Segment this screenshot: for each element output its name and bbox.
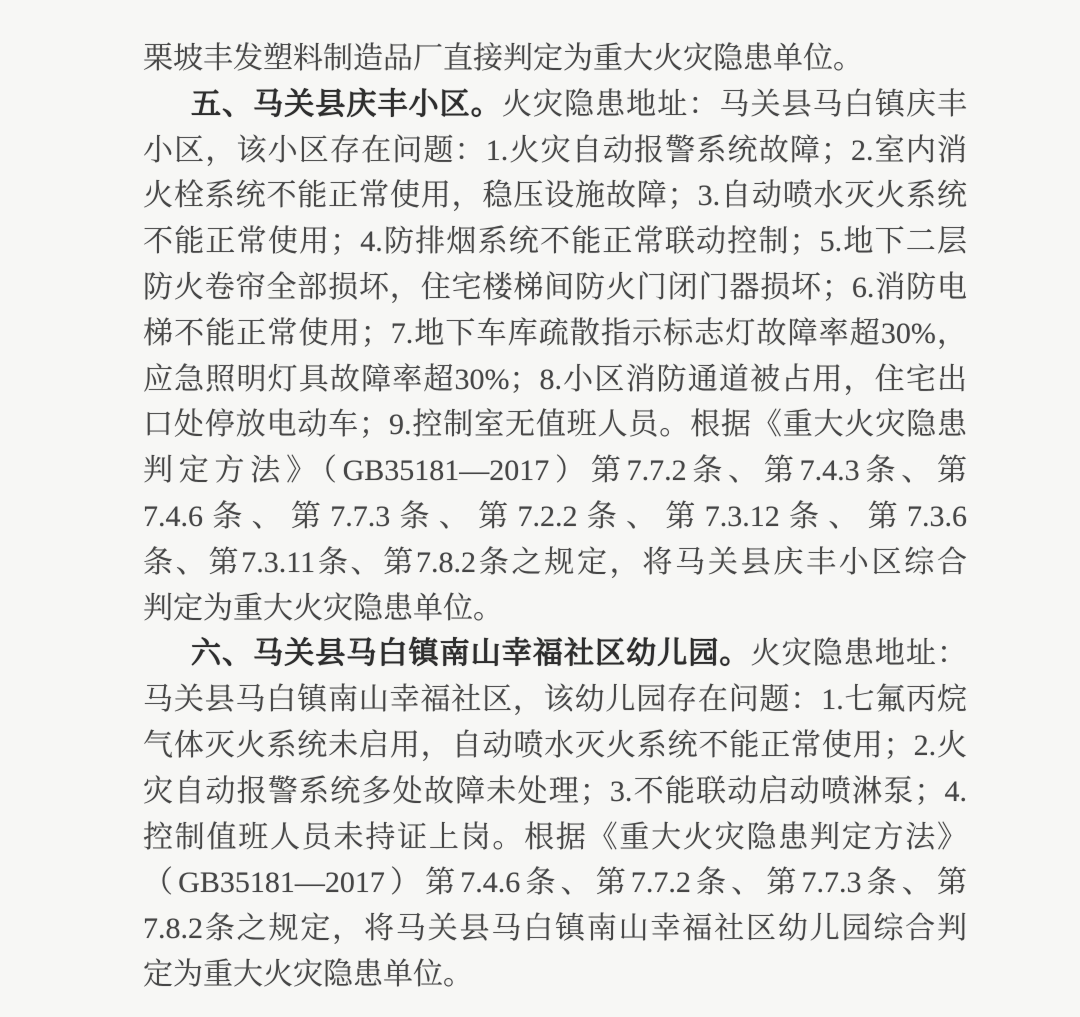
line-text-segment: 灾自动报警系统多处故障未处理；3.不能联动启动喷淋泵；4. — [143, 775, 967, 808]
text-line: 判定方法》（GB35181—2017）第7.7.2条、第7.4.3条、第 — [143, 448, 967, 494]
text-line: 7.4.6条、第7.7.3条、第7.2.2条、第7.3.12条、第7.3.6 — [143, 494, 967, 540]
text-line: 防火卷帘全部损坏，住宅楼梯间防火门闭门器损坏；6.消防电 — [143, 265, 967, 311]
line-text-segment: （GB35181—2017）第7.4.6条、第7.7.2条、第7.7.3条、第 — [143, 866, 967, 899]
text-line: 判定为重大火灾隐患单位。 — [143, 586, 967, 632]
text-line: 不能正常使用；4.防排烟系统不能正常联动控制；5.地下二层 — [143, 219, 967, 265]
scanned-document-page: { "doc": { "colors": { "background": "#f… — [0, 0, 1080, 1017]
line-text-segment: 火灾隐患地址： — [751, 637, 968, 670]
line-text-segment: 口处停放电动车；9.控制室无值班人员。根据《重大火灾隐患 — [143, 408, 967, 441]
line-text-segment: 不能正常使用；4.防排烟系统不能正常联动控制；5.地下二层 — [143, 225, 967, 258]
text-line: 定为重大火灾隐患单位。 — [143, 952, 967, 998]
line-text-segment: 栗坡丰发塑料制造品厂直接判定为重大火灾隐患单位。 — [143, 42, 863, 75]
text-line: （GB35181—2017）第7.4.6条、第7.7.2条、第7.7.3条、第 — [143, 860, 967, 906]
line-text-segment: 条、第7.3.11条、第7.8.2条之规定，将马关县庆丰小区综合 — [143, 546, 967, 579]
line-text-segment: 梯不能正常使用；7.地下车库疏散指示标志灯故障率超30%， — [143, 317, 967, 350]
section-heading-segment: 五、马关县庆丰小区。 — [191, 88, 502, 121]
text-line: 六、马关县马白镇南山幸福社区幼儿园。火灾隐患地址： — [143, 631, 967, 677]
line-text-segment: 气体灭火系统未启用，自动喷水灭火系统不能正常使用；2.火 — [143, 729, 967, 762]
section-heading-segment: 六、马关县马白镇南山幸福社区幼儿园。 — [191, 637, 751, 670]
text-line: 条、第7.3.11条、第7.8.2条之规定，将马关县庆丰小区综合 — [143, 540, 967, 586]
text-line: 小区，该小区存在问题：1.火灾自动报警系统故障；2.室内消 — [143, 128, 967, 174]
line-text-segment: 控制值班人员未持证上岗。根据《重大火灾隐患判定方法》 — [143, 821, 967, 854]
text-line: 灾自动报警系统多处故障未处理；3.不能联动启动喷淋泵；4. — [143, 769, 967, 815]
line-text-segment: 7.8.2条之规定，将马关县马白镇南山幸福社区幼儿园综合判 — [143, 912, 967, 945]
text-line: 应急照明灯具故障率超30%；8.小区消防通道被占用，住宅出 — [143, 357, 967, 403]
text-line: 梯不能正常使用；7.地下车库疏散指示标志灯故障率超30%， — [143, 311, 967, 357]
document-body: 栗坡丰发塑料制造品厂直接判定为重大火灾隐患单位。五、马关县庆丰小区。火灾隐患地址… — [143, 36, 967, 998]
line-text-segment: 7.4.6条、第7.7.3条、第7.2.2条、第7.3.12条、第7.3.6 — [143, 500, 967, 533]
line-text-segment: 判定为重大火灾隐患单位。 — [143, 592, 503, 625]
line-text-segment: 小区，该小区存在问题：1.火灾自动报警系统故障；2.室内消 — [143, 134, 967, 167]
text-line: 口处停放电动车；9.控制室无值班人员。根据《重大火灾隐患 — [143, 402, 967, 448]
text-line: 栗坡丰发塑料制造品厂直接判定为重大火灾隐患单位。 — [143, 36, 967, 82]
line-text-segment: 应急照明灯具故障率超30%；8.小区消防通道被占用，住宅出 — [143, 363, 967, 396]
line-text-segment: 马关县马白镇南山幸福社区，该幼儿园存在问题：1.七氟丙烷 — [143, 683, 967, 716]
text-line: 马关县马白镇南山幸福社区，该幼儿园存在问题：1.七氟丙烷 — [143, 677, 967, 723]
line-text-segment: 火灾隐患地址：马关县马白镇庆丰 — [502, 88, 967, 121]
text-line: 五、马关县庆丰小区。火灾隐患地址：马关县马白镇庆丰 — [143, 82, 967, 128]
line-text-segment: 防火卷帘全部损坏，住宅楼梯间防火门闭门器损坏；6.消防电 — [143, 271, 967, 304]
text-line: 7.8.2条之规定，将马关县马白镇南山幸福社区幼儿园综合判 — [143, 906, 967, 952]
text-line: 气体灭火系统未启用，自动喷水灭火系统不能正常使用；2.火 — [143, 723, 967, 769]
text-line: 火栓系统不能正常使用，稳压设施故障；3.自动喷水灭火系统 — [143, 173, 967, 219]
line-text-segment: 定为重大火灾隐患单位。 — [143, 958, 473, 991]
line-text-segment: 判定方法》（GB35181—2017）第7.7.2条、第7.4.3条、第 — [143, 454, 967, 487]
line-text-segment: 火栓系统不能正常使用，稳压设施故障；3.自动喷水灭火系统 — [143, 179, 967, 212]
text-line: 控制值班人员未持证上岗。根据《重大火灾隐患判定方法》 — [143, 815, 967, 861]
